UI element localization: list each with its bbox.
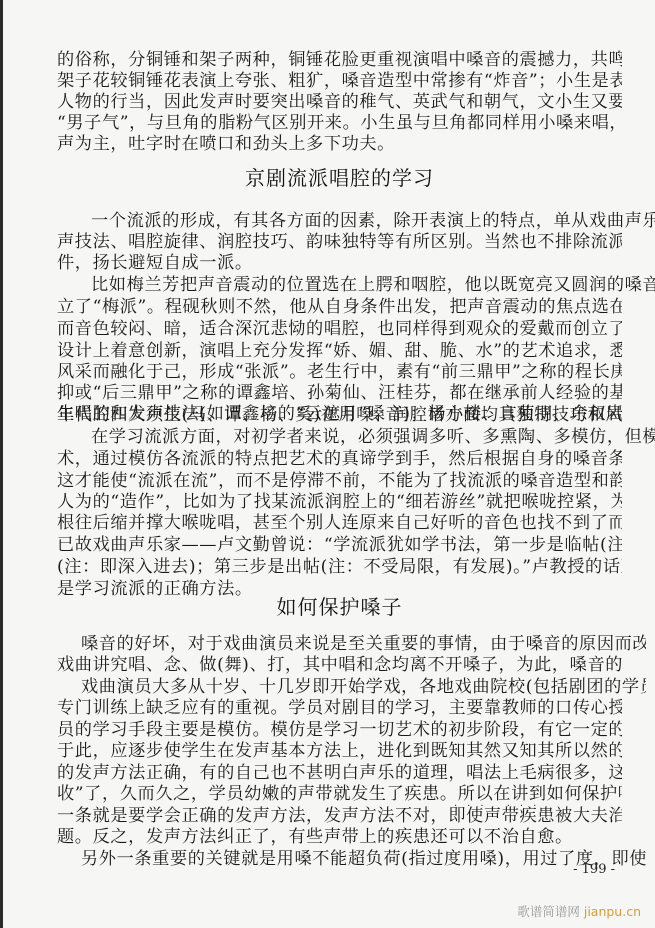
text-line: 专门训练上缺乏应有的重视。学员对剧目的学习，主要靠教师的口传心授，所谓“师唱生随… — [57, 698, 622, 718]
text-line: 声技法、唱腔旋律、润腔技巧、韵味独特等有所区别。当然也不排除流派创始人根据自己的… — [57, 232, 622, 252]
text-line: 术，通过模仿各流派的特点把艺术的真谛学到手，然后根据自身的嗓音条件来继承、发展、… — [57, 449, 622, 469]
section-heading: 京剧流派唱腔的学习 — [57, 166, 622, 190]
text-line: 嗓音的好坏，对于戏曲演员来说是至关重要的事情，由于嗓音的原因而改行的例子不胜枚举… — [57, 634, 646, 654]
text-line: 于此，应逐步使学生在发声基本方法上，进化到既知其然又知其所以然的程度。被模仿的教… — [57, 741, 622, 761]
text-line: 声为主，吐字时在喷口和劲头上多下功夫。 — [57, 134, 622, 154]
text-line: 在学习流派方面，对初学者来说，必须强调多听、多熏陶、多模仿，但模仿本身毕竟不等于… — [57, 427, 655, 447]
text-line: 一条就是要学会正确的发声方法，发声方法不对，即使声带疾患被大夫治好了，一唱还是要… — [57, 806, 622, 826]
text-line: 已故戏曲声乐家——卢文勤曾说：“学流派犹如学书法，第一步是临帖(注：模仿)；第二… — [57, 535, 622, 555]
scan-border — [0, 0, 3, 928]
text-line: 戏曲讲究唱、念、做(舞)、打，其中唱和念均离不开嗓子，为此，嗓音的保护就不是一件… — [57, 655, 622, 675]
text-line: 风采而融化于己，形成“张派”。老生行中，素有“前三鼎甲”之称的程长庚、余三胜、张… — [57, 362, 622, 382]
text-line: 题。反之，发声方法纠正了，有些声带上的疾患还可以不治自愈。 — [57, 827, 622, 847]
text-line: (注：即深入进去)；第三步是出帖(注：不受局限，有发展)。”卢教授的话对我启发很… — [57, 557, 622, 577]
text-line: 年代的四大须生(马、谭、杨、奚)在用嗓、润腔诸方面均具独特技巧和风格而自成一派。 — [57, 405, 622, 425]
text-line: 抑或“后三鼎甲”之称的谭鑫培、孙菊仙、汪桂芬，都在继承前人经验的基础上，发扬和丰… — [57, 383, 622, 403]
text-line: 人为的“造作”，比如为了找某流派润腔上的“细若游丝”就把喉咙控紧，为了求“宽音”… — [57, 492, 622, 512]
text-line: “男子气”，与旦角的脂粉气区别开来。小生虽与旦角都同样用小嗓来唱，但小生要以刚音… — [57, 113, 622, 133]
text-line: 戏曲演员大多从十岁、十几岁即开始学戏，各地戏曲院校(包括剧团的学员班)对学员的嗓… — [57, 677, 646, 697]
text-line: 立了“梅派”。程砚秋则不然，他从自身条件出发，把声音震动的焦点选在上腭靠后一些之… — [57, 297, 622, 317]
text-line: 比如梅兰芳把声音震动的位置选在上腭和咽腔，他以既宽亮又圆润的嗓音色彩征服了观众而… — [57, 275, 655, 295]
watermark-domain: jianpu.cn — [584, 904, 641, 919]
text-line: 根往后缩并撑大喉咙唱，甚至个别人连原来自己好听的音色也找不到了而陷入苦恼之中。上… — [57, 513, 622, 533]
text-line: 架子花较铜锤花表演上夸张、粗犷，嗓音造型中常掺有“炸音”；小生是表现青少年这个年… — [57, 71, 622, 91]
text-line: 一个流派的形成，有其各方面的因素，除开表演上的特点，单从戏曲声乐(唱功)上说，主… — [57, 211, 655, 231]
text-line: 的发声方法正确，有的自己也不甚明白声乐的道理，唱法上毛病很多，这些毛病也被学员“… — [57, 763, 622, 783]
watermark: 歌谱简谱网 jianpu.cn — [517, 902, 641, 920]
text-line: 员的学习手段主要是模仿。模仿是学习一切艺术的初步阶段，有它一定的积极作用，但却不… — [57, 720, 622, 740]
section-heading: 如何保护嗓子 — [57, 595, 622, 619]
text-line: 这才能使“流派在流”，而不是停滞不前，不能为了找流派的嗓音造型和韵味，把自己的嗓… — [57, 471, 622, 491]
text-line: 件，扬长避短自成一派。 — [57, 253, 622, 273]
text-line: 人物的行当，因此发声时要突出嗓音的稚气、英武气和朝气，文小生又要有书卷气，总的都… — [57, 92, 622, 112]
text-line: 设计上着意创新，演唱上充分发挥“娇、媚、甜、脆、水”的艺术追求，悉心揣摩四大名旦… — [57, 341, 622, 361]
text-line: 的俗称，分铜锤和架子两种，铜锤花脸更重视演唱中嗓音的震撼力，共鸣的运用更被强调和… — [57, 50, 622, 70]
text-line: 另外一条重要的关键就是用嗓不能超负荷(指过度用嗓)，用过了度，即使方法正确也同样… — [57, 849, 646, 869]
watermark-cn: 歌谱简谱网 — [517, 904, 580, 919]
page-number: - 199 - — [573, 862, 615, 877]
text-line: 而音色较闷、暗，适合深沉悲恸的唱腔，也同样得到观众的爱戴而创立了“程派”。张君秋… — [57, 319, 622, 339]
